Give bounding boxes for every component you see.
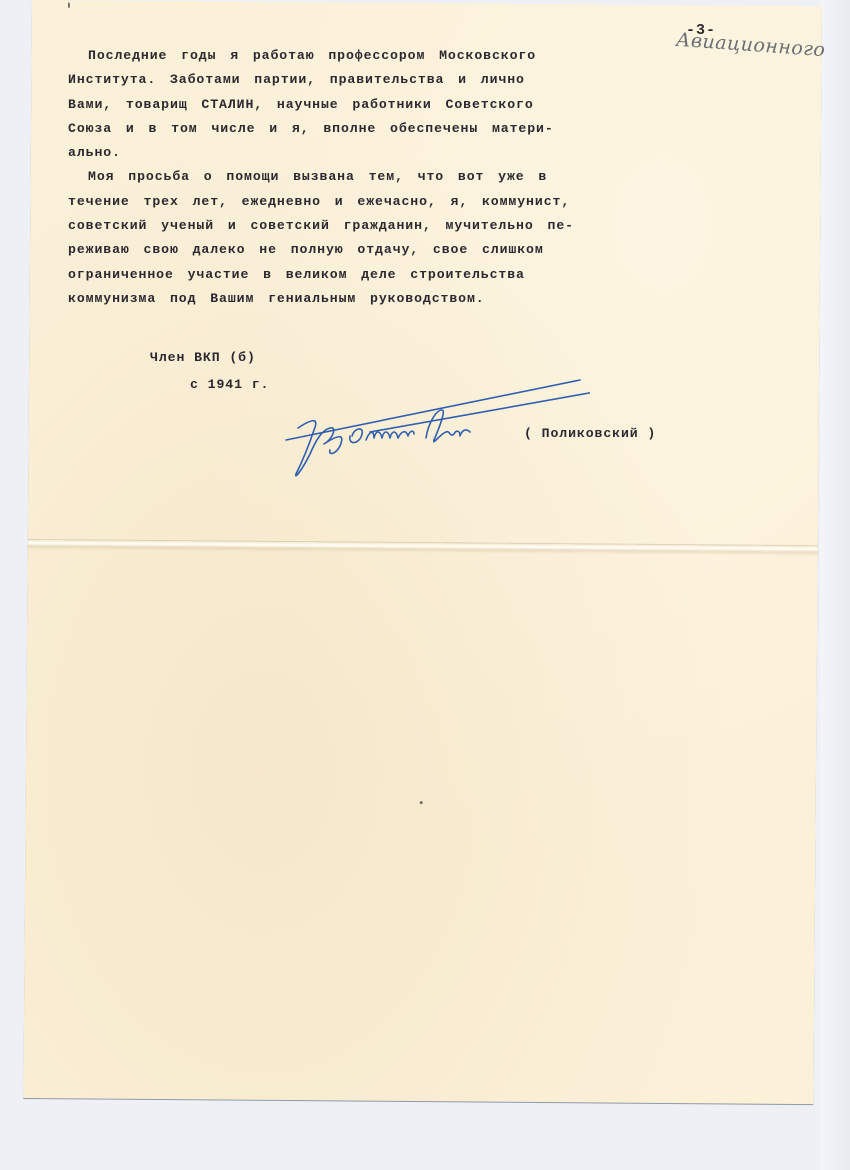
body-line: Вами, товарищ СТАЛИН, научные работники … bbox=[68, 93, 688, 117]
paper-speck bbox=[420, 801, 423, 804]
body-line: советский ученый и советский гражданин, … bbox=[68, 214, 688, 238]
body-line: Последние годы я работаю профессором Мос… bbox=[68, 44, 688, 68]
body-line: реживаю свою далеко не полную отдачу, св… bbox=[68, 238, 688, 262]
body-line: Союза и в том числе и я, вполне обеспече… bbox=[68, 117, 688, 141]
body-line: течение трех лет, ежедневно и ежечасно, … bbox=[68, 190, 688, 214]
body-line: ально. bbox=[68, 141, 688, 165]
letter-body: Последние годы я работаю профессором Мос… bbox=[68, 44, 688, 311]
paper-fold-crease bbox=[28, 540, 818, 552]
body-line: Моя просьба о помощи вызвана тем, что во… bbox=[68, 165, 688, 189]
paper-speck bbox=[68, 2, 70, 8]
body-line: Института. Заботами партии, правительств… bbox=[68, 68, 688, 92]
typed-signatory-name: ( Поликовский ) bbox=[524, 426, 656, 441]
body-line: коммунизма под Вашим гениальным руководс… bbox=[68, 287, 688, 311]
membership-line: Член ВКП (б) bbox=[150, 344, 269, 371]
scanner-background bbox=[820, 0, 850, 1170]
body-line: ограниченное участие в великом деле стро… bbox=[68, 263, 688, 287]
